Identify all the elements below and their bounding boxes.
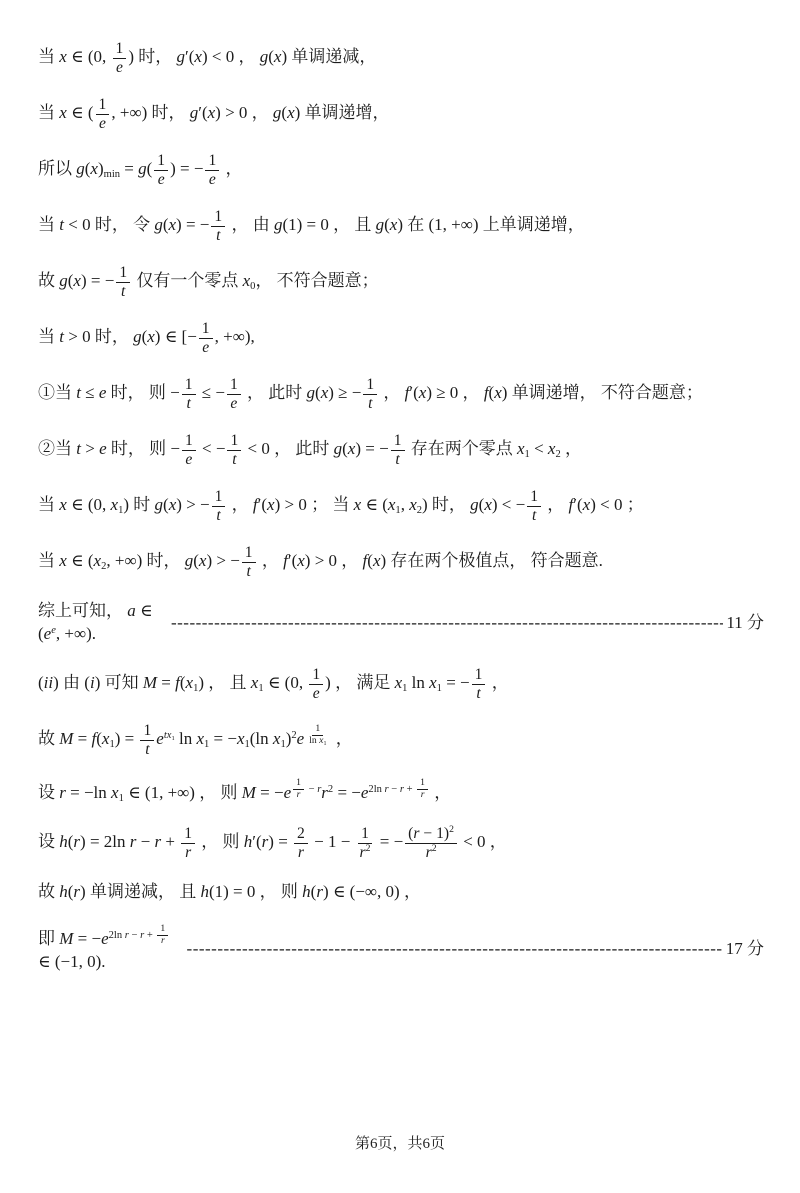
math-text: 当 xyxy=(55,383,76,402)
math-text: 则 xyxy=(218,832,244,851)
math-text: ∈ (1, +∞) ， xyxy=(124,783,216,802)
math-text: ′( xyxy=(258,495,267,514)
fraction: 1t xyxy=(211,208,225,244)
superscript: 1r − r xyxy=(291,778,321,801)
fraction-numerator: 1 xyxy=(363,376,377,395)
math-text: r xyxy=(321,783,328,802)
line-r-substitution: 设 r = −ln x1 ∈ (1, +∞) ， 则 M = −e1r − rr… xyxy=(38,778,764,805)
math-text: 且 xyxy=(225,673,251,692)
math-text: − 1 − xyxy=(310,832,355,851)
math-text: ln xyxy=(175,729,197,748)
math-text: x xyxy=(186,673,194,692)
math-text: h xyxy=(302,882,311,901)
fraction: 1e xyxy=(96,96,110,132)
fraction-denominator: r xyxy=(158,936,168,947)
fraction: 1r xyxy=(181,825,195,861)
math-sequence: 设 r = −ln x1 ∈ (1, +∞) ， 则 M = −e1r − rr… xyxy=(38,783,451,802)
math-text: ′( xyxy=(252,832,261,851)
fraction-denominator: r2 xyxy=(357,844,374,862)
fraction: 1t xyxy=(212,488,226,524)
math-text: ii xyxy=(44,673,53,692)
math-text: = xyxy=(120,159,138,178)
math-text: ) > 0 ； xyxy=(275,495,329,514)
math-text: = − xyxy=(256,783,284,802)
math-sequence: 当 t < 0 时， 令 g(x) = −1t ， 由 g(1) = 0 ， 且… xyxy=(38,215,585,234)
math-text: e xyxy=(297,729,305,748)
math-text: ln xyxy=(309,735,319,746)
math-text: e xyxy=(202,339,209,356)
math-text: t xyxy=(247,563,251,580)
fraction-denominator: t xyxy=(183,395,193,413)
math-text: < − xyxy=(198,439,226,458)
fraction: 1r2 xyxy=(357,825,374,861)
math-text: x xyxy=(494,383,502,402)
math-text: g xyxy=(76,159,85,178)
math-text: 时 xyxy=(133,495,154,514)
math-text: g xyxy=(260,47,269,66)
math-text: g xyxy=(190,103,199,122)
fraction-numerator: 1 xyxy=(472,666,486,685)
math-text: 当 xyxy=(38,215,59,234)
math-text: 1 xyxy=(530,488,538,505)
math-text: 可知 xyxy=(105,673,143,692)
fraction-denominator: e xyxy=(206,171,219,189)
math-text: ) > − xyxy=(206,551,239,570)
math-text: t xyxy=(368,395,372,412)
math-text: x xyxy=(196,729,204,748)
math-text: 当 xyxy=(38,495,59,514)
math-text: , +∞) xyxy=(106,551,146,570)
math-text: x xyxy=(59,551,67,570)
superscript: 2ln r − r + 1r xyxy=(368,778,430,801)
math-text: r xyxy=(297,789,301,800)
math-text: x xyxy=(267,495,275,514)
fraction-denominator: t xyxy=(213,507,223,525)
fraction-numerator: 1 xyxy=(358,825,372,844)
math-text: ∈ ( xyxy=(67,551,94,570)
math-text: e xyxy=(44,624,52,643)
math-sequence: 即 M = −e2ln r − r + 1r ∈ (−1, 0). xyxy=(38,924,184,974)
math-text: 时， 令 xyxy=(95,215,155,234)
math-text: 当 xyxy=(328,495,354,514)
math-text: 1 xyxy=(230,376,238,393)
math-text: − xyxy=(170,383,180,402)
math-text: ( xyxy=(147,159,153,178)
math-text: x xyxy=(147,327,155,346)
math-text: x xyxy=(297,551,305,570)
math-text: = − xyxy=(73,929,101,948)
math-text: a xyxy=(127,601,136,620)
fraction-denominator: t xyxy=(392,451,402,469)
math-text: 1 xyxy=(214,208,222,225)
math-text: ) xyxy=(502,383,512,402)
math-sequence: 当 x ∈ (0, x1) 时 g(x) > −1t ， f′(x) > 0 ；… xyxy=(38,495,644,514)
fraction-numerator: 1 xyxy=(113,40,127,59)
fraction-denominator: t xyxy=(229,451,239,469)
line-g-prime-negative: 当 x ∈ (0, 1e) 时， g′(x) < 0 ， g(x) 单调递减， xyxy=(38,40,764,76)
math-text: x xyxy=(287,103,295,122)
math-text: r xyxy=(161,935,165,946)
page-footer: 第6页，共6页 xyxy=(0,1132,800,1153)
math-sequence: (ii) 由 (i) 可知 M = f(x1) ， 且 x1 ∈ (0, 1e)… xyxy=(38,673,509,692)
math-text: 时， xyxy=(151,103,189,122)
math-sequence: ①当 t ≤ e 时， 则 −1t ≤ −1e ， 此时 g(x) ≥ −1t … xyxy=(38,383,703,402)
fraction: 1t xyxy=(242,544,256,580)
math-text: e xyxy=(158,171,165,188)
math-text: ， xyxy=(197,832,218,851)
math-text: ， xyxy=(379,383,405,402)
math-text: t xyxy=(395,451,399,468)
math-text: 1 xyxy=(245,544,253,561)
line-sign-analysis-2: 当 x ∈ (x2, +∞) 时， g(x) > −1t ， f′(x) > 0… xyxy=(38,544,764,580)
line-g-min: 所以 g(x)min = g(1e) = −1e ， xyxy=(38,152,764,188)
math-text: 当 xyxy=(38,103,59,122)
math-text: 1 xyxy=(143,722,151,739)
solution-content: 当 x ∈ (0, 1e) 时， g′(x) < 0 ， g(x) 单调递减，当… xyxy=(38,40,764,974)
math-text: g xyxy=(185,551,194,570)
math-text: 当 xyxy=(38,47,59,66)
math-text: 由 xyxy=(63,673,84,692)
fraction-denominator: t xyxy=(365,395,375,413)
math-text: ′( xyxy=(288,551,297,570)
fraction-numerator: 1 xyxy=(140,722,154,741)
fraction-numerator: 2 xyxy=(294,825,308,844)
math-text: t xyxy=(232,451,236,468)
math-text: x xyxy=(59,103,67,122)
math-text: h xyxy=(59,882,68,901)
fraction-numerator: 1 xyxy=(182,376,196,395)
math-text: 则 xyxy=(277,882,303,901)
math-text: ， 不符合题意； xyxy=(255,271,378,290)
fraction: 1t xyxy=(227,432,241,468)
fraction-numerator: 1 xyxy=(212,488,226,507)
math-text: ′( xyxy=(573,495,582,514)
fraction-denominator: e xyxy=(113,59,126,77)
math-text: ， xyxy=(430,783,451,802)
math-text: 1 xyxy=(202,320,210,337)
math-text: + xyxy=(404,784,415,795)
math-text: ′( xyxy=(409,383,418,402)
math-text: 1 xyxy=(312,666,320,683)
math-text: r xyxy=(316,882,323,901)
fraction-numerator: (r − 1)2 xyxy=(405,825,457,844)
math-text: h xyxy=(244,832,253,851)
math-text: ′( xyxy=(198,103,207,122)
math-text: − xyxy=(306,784,317,795)
math-text: 即 xyxy=(38,929,59,948)
math-text: = xyxy=(157,673,175,692)
math-text: ) = − xyxy=(170,159,203,178)
math-text: 1 xyxy=(215,488,223,505)
math-text: ∈ ( xyxy=(361,495,388,514)
math-text: − xyxy=(389,784,400,795)
math-sequence: ②当 t > e 时， 则 −1e < −1t < 0 ， 此时 g(x) = … xyxy=(38,439,582,458)
math-text: = − xyxy=(442,673,470,692)
math-text: 时， xyxy=(95,327,133,346)
fraction-numerator: 1 xyxy=(116,264,130,283)
math-text: > xyxy=(81,439,99,458)
math-text: < 0 ， xyxy=(459,832,507,851)
math-text: x xyxy=(395,673,403,692)
math-text: ) = − xyxy=(176,215,209,234)
math-sequence: 所以 g(x)min = g(1e) = −1e ， xyxy=(38,159,243,178)
math-text: e xyxy=(313,685,320,702)
math-text: x xyxy=(517,439,525,458)
math-text: 单调递减， xyxy=(291,47,376,66)
math-text: ln xyxy=(407,673,429,692)
math-text: x xyxy=(237,729,245,748)
superscript: 2 xyxy=(432,844,437,854)
math-text: ∈ (0, xyxy=(264,673,308,692)
fraction: 1t xyxy=(182,376,196,412)
math-text: 2 xyxy=(297,825,305,842)
fraction-denominator: t xyxy=(473,685,483,703)
math-text: e xyxy=(185,451,192,468)
math-text: ， xyxy=(227,495,253,514)
score-label: 17 分 xyxy=(726,938,764,961)
fraction-denominator: t xyxy=(213,227,223,245)
math-sequence: 当 x ∈ (1e, +∞) 时， g′(x) > 0 ， g(x) 单调递增， xyxy=(38,103,390,122)
math-text: 此时 xyxy=(291,439,334,458)
math-text: e xyxy=(230,395,237,412)
fraction: 1t xyxy=(363,376,377,412)
superscript: tx1 xyxy=(164,731,175,742)
fraction-numerator: 1 xyxy=(227,432,241,451)
math-text: ， xyxy=(221,159,242,178)
math-text: g xyxy=(177,47,186,66)
fraction: 1t xyxy=(140,722,154,758)
math-text: (1) = 0 ， xyxy=(282,215,350,234)
math-text: ) xyxy=(380,551,390,570)
line-h-definition: 设 h(r) = 2ln r − r + 1r ， 则 h′(r) = 2r −… xyxy=(38,825,764,861)
math-text: = − xyxy=(333,783,361,802)
math-text: ) = xyxy=(115,729,139,748)
math-text: x xyxy=(354,495,362,514)
fraction-numerator: 1 xyxy=(391,432,405,451)
fraction-denominator: r xyxy=(295,844,307,862)
math-text: x xyxy=(59,495,67,514)
math-text: 单调递增， xyxy=(305,103,390,122)
math-text: ≤ − xyxy=(198,383,225,402)
math-text: 1 xyxy=(184,825,192,842)
math-text: 存在两个极值点， 符合题意. xyxy=(390,551,603,570)
fraction: 1e xyxy=(199,320,213,356)
math-text: ′( xyxy=(185,47,194,66)
fraction-numerator: 1 xyxy=(527,488,541,507)
math-text: 1 xyxy=(160,923,165,934)
math-text: ① xyxy=(38,383,55,402)
math-text: M xyxy=(242,783,256,802)
math-text: ) < − xyxy=(492,495,525,514)
math-text: ， xyxy=(258,551,284,570)
math-text: 当 xyxy=(38,327,59,346)
math-sequence: 综上可知， a ∈ (ee, +∞). xyxy=(38,600,168,646)
line-case-t-negative: 当 t < 0 时， 令 g(x) = −1t ， 由 g(1) = 0 ， 且… xyxy=(38,208,764,244)
superscript: 2 xyxy=(366,844,371,854)
math-text: r xyxy=(185,844,191,861)
math-text: 在 xyxy=(407,215,428,234)
math-text: 上单调递增， xyxy=(483,215,585,234)
math-text: 综上可知， xyxy=(38,601,127,620)
math-text: t xyxy=(476,685,480,702)
math-text: g xyxy=(307,383,316,402)
line-part-ii-setup: (ii) 由 (i) 可知 M = f(x1) ， 且 x1 ∈ (0, 1e)… xyxy=(38,666,764,702)
math-text: ) xyxy=(95,673,105,692)
line-subcase-2: ②当 t > e 时， 则 −1e < −1t < 0 ， 此时 g(x) = … xyxy=(38,432,764,468)
math-text: ) xyxy=(295,103,305,122)
math-text: 2ln xyxy=(368,784,384,795)
math-text: M xyxy=(143,673,157,692)
superscript: 2ln r − r + 1r xyxy=(109,924,171,947)
math-sequence: 当 x ∈ (0, 1e) 时， g′(x) < 0 ， g(x) 单调递减， xyxy=(38,47,376,66)
math-text: 时， 则 xyxy=(111,383,171,402)
math-text: ) < 0 ； xyxy=(590,495,644,514)
math-text: 单调递减， 且 xyxy=(90,882,201,901)
math-text: x xyxy=(73,271,81,290)
math-text: ② xyxy=(38,439,55,458)
math-text: 2 xyxy=(432,843,437,854)
math-text: h xyxy=(200,882,209,901)
score-label: 11 分 xyxy=(726,612,764,635)
math-text: + xyxy=(161,832,179,851)
math-text: 1 xyxy=(157,152,165,169)
math-text: 满足 xyxy=(352,673,395,692)
math-sequence: 故 M = f(x1) = 1tetx1 ln x1 = −x1(ln x1)2… xyxy=(38,729,353,748)
math-text: = − xyxy=(209,729,237,748)
math-text: ， xyxy=(227,215,248,234)
fraction: 1t xyxy=(391,432,405,468)
fraction-denominator: e xyxy=(310,685,323,703)
math-text: 由 xyxy=(248,215,274,234)
math-text: ， xyxy=(487,673,508,692)
fraction-numerator: 1 xyxy=(182,432,196,451)
line-g-prime-positive: 当 x ∈ (1e, +∞) 时， g′(x) > 0 ， g(x) 单调递增， xyxy=(38,96,764,132)
math-text: x xyxy=(90,159,98,178)
fraction: 1e xyxy=(113,40,127,76)
math-text: h xyxy=(59,832,68,851)
fraction-numerator: 1 xyxy=(181,825,195,844)
math-text: e xyxy=(99,439,107,458)
math-text: ∈ ( xyxy=(67,103,94,122)
fraction-denominator: r2 xyxy=(423,844,440,862)
math-text: , +∞). xyxy=(56,624,96,643)
math-text: min xyxy=(104,169,120,180)
math-text: 则 xyxy=(216,783,242,802)
math-text: 时， xyxy=(138,47,176,66)
math-text: ， xyxy=(543,495,569,514)
math-text: (1, +∞) xyxy=(429,215,483,234)
line-M-expression: 故 M = f(x1) = 1tetx1 ln x1 = −x1(ln x1)2… xyxy=(38,722,764,758)
math-text: 1 xyxy=(361,825,369,842)
fraction: 1e xyxy=(154,152,168,188)
math-text: 当 xyxy=(55,439,76,458)
math-text: x xyxy=(111,495,119,514)
fraction: 1e xyxy=(182,432,196,468)
math-text: e xyxy=(284,783,292,802)
math-text: ) xyxy=(128,47,138,66)
math-text: e xyxy=(156,729,164,748)
math-text: 2 xyxy=(449,824,454,835)
math-text: + xyxy=(144,930,155,941)
fraction-denominator: t xyxy=(529,507,539,525)
math-text: 1 xyxy=(420,777,425,788)
subscript: 1 xyxy=(323,741,326,747)
math-text: 此时 xyxy=(264,383,307,402)
math-text: x xyxy=(59,47,67,66)
fraction-denominator: r xyxy=(418,790,428,801)
math-text: e xyxy=(101,929,109,948)
math-text: ) > 0 ， xyxy=(305,551,363,570)
math-text: ) xyxy=(53,673,63,692)
fraction-denominator: e xyxy=(199,339,212,357)
math-text: ) ≥ − xyxy=(328,383,361,402)
math-text: x xyxy=(429,673,437,692)
superscript: 1ln x1 xyxy=(304,724,331,747)
math-text: 1 xyxy=(99,96,107,113)
math-text: ∈ (0, xyxy=(67,495,111,514)
math-text: ∈ (0, xyxy=(67,47,111,66)
fraction-numerator: 1 xyxy=(211,208,225,227)
math-text: ) > 0 ， xyxy=(215,103,273,122)
fraction: 1e xyxy=(205,152,219,188)
math-text: ) ∈ (−∞, 0) ， xyxy=(323,882,421,901)
math-text: 1 xyxy=(185,376,193,393)
math-text: ) xyxy=(80,882,90,901)
line-subcase-1: ①当 t ≤ e 时， 则 −1t ≤ −1e ， 此时 g(x) ≥ −1t … xyxy=(38,376,764,412)
math-text: 故 xyxy=(38,271,59,290)
math-text: 1 xyxy=(230,432,238,449)
math-text: 1 xyxy=(119,264,127,281)
math-text: t xyxy=(532,507,536,524)
math-text: − xyxy=(136,832,154,851)
math-text: g xyxy=(376,215,385,234)
math-text: , +∞), xyxy=(215,327,255,346)
fraction: 1e xyxy=(309,666,323,702)
math-text: t xyxy=(186,395,190,412)
math-text: (ln xyxy=(250,729,273,748)
fraction: (r − 1)2r2 xyxy=(405,825,457,861)
math-text: ， xyxy=(243,383,264,402)
math-text: = xyxy=(73,729,91,748)
math-text: 故 xyxy=(38,729,59,748)
math-text: x xyxy=(169,215,177,234)
fraction-denominator: e xyxy=(155,171,168,189)
line-final-conclusion: 即 M = −e2ln r − r + 1r ∈ (−1, 0). ------… xyxy=(38,924,764,974)
math-text: t xyxy=(145,741,149,758)
fraction-numerator: 1 xyxy=(242,544,256,563)
fraction-denominator: r xyxy=(182,844,194,862)
math-text: x xyxy=(94,551,102,570)
dash-leader: ----------------------------------------… xyxy=(171,612,723,635)
fraction-denominator: e xyxy=(182,451,195,469)
math-text: = −ln xyxy=(66,783,111,802)
math-text: 1 xyxy=(116,40,124,57)
math-text: 2ln xyxy=(109,930,125,941)
math-text: − 1) xyxy=(419,825,449,842)
math-sequence: 故 h(r) 单调递减， 且 h(1) = 0 ， 则 h(r) ∈ (−∞, … xyxy=(38,882,421,901)
math-text: − xyxy=(129,930,140,941)
fraction-numerator: 1 xyxy=(309,666,323,685)
fraction: 2r xyxy=(294,825,308,861)
math-text: 设 xyxy=(38,783,59,802)
math-text: ) xyxy=(123,495,133,514)
math-text: ) < 0 ， xyxy=(202,47,260,66)
math-text: x xyxy=(194,47,202,66)
math-text: 所以 xyxy=(38,159,76,178)
math-text: = − xyxy=(375,832,403,851)
math-text: t xyxy=(121,283,125,300)
math-sequence: 当 t > 0 时， g(x) ∈ [−1e, +∞), xyxy=(38,327,255,346)
